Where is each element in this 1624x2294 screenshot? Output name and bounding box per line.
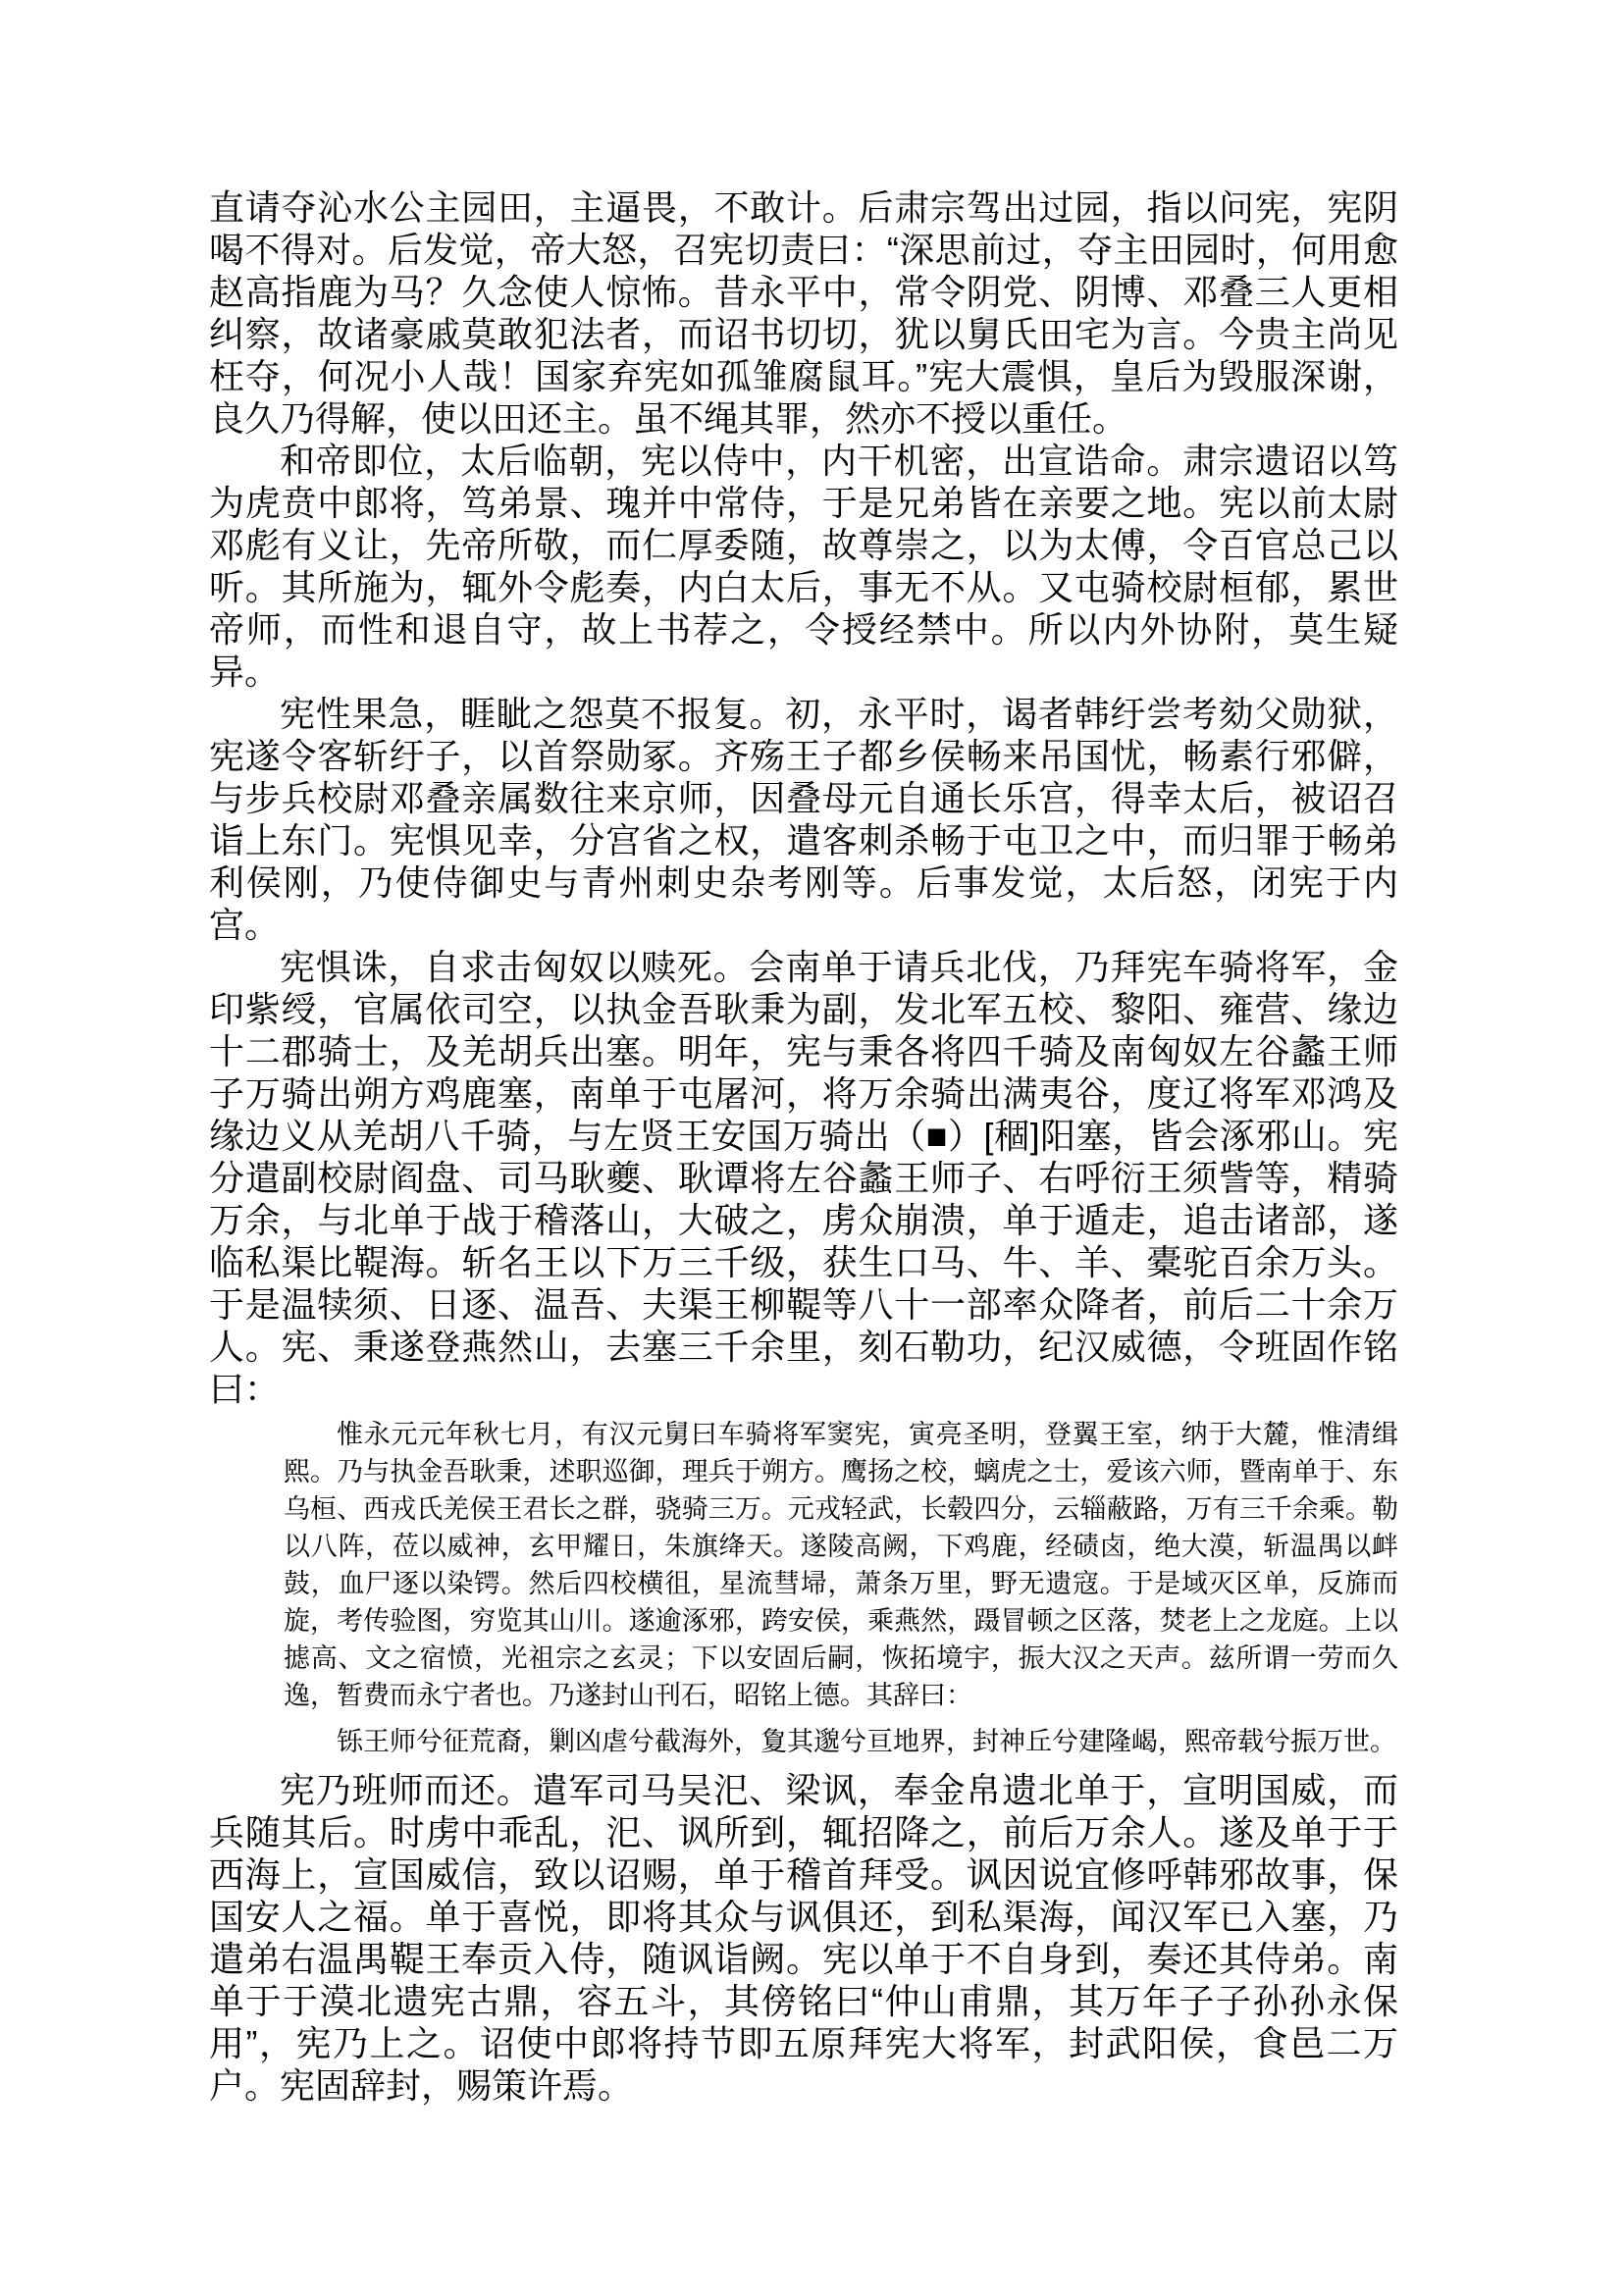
document-page: 直请夺沁水公主园田，主逼畏，不敢计。后肃宗驾出过园，指以问宪，宪阴喝不得对。后发… <box>0 0 1624 2294</box>
paragraph-1: 直请夺沁水公主园田，主逼畏，不敢计。后肃宗驾出过园，指以问宪，宪阴喝不得对。后发… <box>209 186 1398 440</box>
paragraph-3: 宪性果急，睚眦之怨莫不报复。初，永平时，谒者韩纡尝考劾父勋狱，宪遂令客斩纡子，以… <box>209 693 1398 946</box>
paragraph-4: 宪惧诛，自求击匈奴以赎死。会南单于请兵北伐，乃拜宪车骑将军，金印紫绶，官属依司空… <box>209 946 1398 1410</box>
closing-paragraph: 宪乃班师而还。遣军司马吴汜、梁讽，奉金帛遗北单于，宣明国威，而兵随其后。时虏中乖… <box>209 1769 1398 2107</box>
inscription-block: 惟永元元年秋七月，有汉元舅曰车骑将军窦宪，寅亮圣明，登翼王室，纳于大麓，惟清缉熙… <box>284 1416 1398 1760</box>
verse-line: 铄王师兮征荒裔，剿凶虐兮截海外，夐其邈兮亘地界，封神丘兮建隆嵑，熙帝载兮振万世。 <box>284 1723 1398 1760</box>
text-content: 直请夺沁水公主园田，主逼畏，不敢计。后肃宗驾出过园，指以问宪，宪阴喝不得对。后发… <box>209 186 1398 2107</box>
inscription-text: 惟永元元年秋七月，有汉元舅曰车骑将军窦宪，寅亮圣明，登翼王室，纳于大麓，惟清缉熙… <box>284 1416 1398 1714</box>
paragraph-2: 和帝即位，太后临朝，宪以侍中，内干机密，出宣诰命。肃宗遗诏以笃为虎贲中郎将，笃弟… <box>209 440 1398 693</box>
